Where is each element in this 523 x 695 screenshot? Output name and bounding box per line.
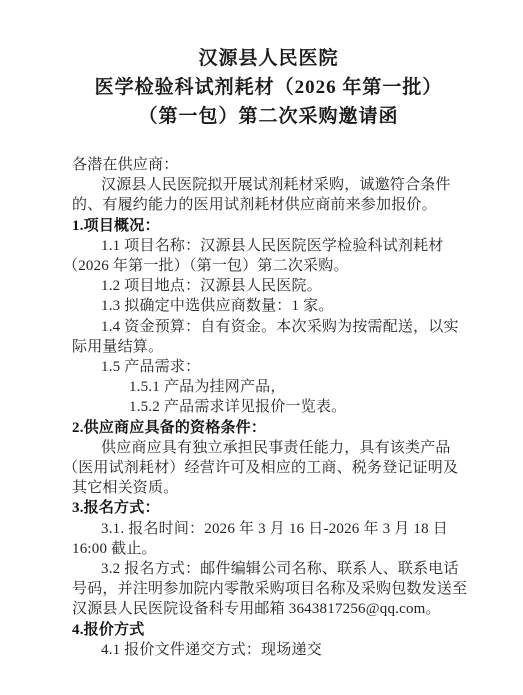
section-3-line: 汉源县人民医院设备科专用邮箱 3643817256@qq.com。 xyxy=(72,599,471,619)
section-2-line: 其它相关资质。 xyxy=(72,478,471,498)
intro-line: 汉源县人民医院拟开展试剂耗材采购，诚邀符合条件 xyxy=(72,175,471,195)
section-1-heading: 1.项目概况： xyxy=(72,216,471,236)
title-line-project: 医学检验科试剂耗材（2026 年第一批） xyxy=(72,73,465,102)
section-1-line: 1.5 产品需求： xyxy=(72,357,471,377)
title-line-invitation: （第一包）第二次采购邀请函 xyxy=(72,102,465,131)
section-1-line: 1.5.2 产品需求详见报价一览表。 xyxy=(72,397,471,417)
section-2-line: 供应商应具有独立承担民事责任能力，具有该类产品 xyxy=(72,438,471,458)
section-1-line: 际用量结算。 xyxy=(72,337,471,357)
section-3-heading: 3.报名方式： xyxy=(72,498,471,518)
section-2-heading: 2.供应商应具备的资格条件： xyxy=(72,418,471,438)
section-1-line: 1.1 项目名称：汉源县人民医院医学检验科试剂耗材 xyxy=(72,236,471,256)
section-3-line: 号码，并注明参加院内零散采购项目名称及采购包数发送至 xyxy=(72,579,471,599)
section-4-line: 4.1 报价文件递交方式：现场递交 xyxy=(72,640,471,660)
section-2-line: （医用试剂耗材）经营许可及相应的工商、税务登记证明及 xyxy=(63,458,471,478)
document-body: 各潜在供应商： 汉源县人民医院拟开展试剂耗材采购，诚邀符合条件 的、有履约能力的… xyxy=(72,155,471,660)
section-4-heading: 4.报价方式 xyxy=(72,620,471,640)
section-1-line: 1.3 拟确定中选供应商数量：1 家。 xyxy=(72,296,471,316)
section-3-line: 3.2 报名方式：邮件编辑公司名称、联系人、联系电话 xyxy=(72,559,471,579)
intro-line: 的、有履约能力的医用试剂耗材供应商前来参加报价。 xyxy=(72,195,471,215)
section-3-line: 3.1. 报名时间：2026 年 3 月 16 日-2026 年 3 月 18 … xyxy=(72,519,471,539)
salutation: 各潜在供应商： xyxy=(72,155,471,175)
document-page: 汉源县人民医院 医学检验科试剂耗材（2026 年第一批） （第一包）第二次采购邀… xyxy=(0,0,523,695)
section-1-line: （2026 年第一批）（第一包）第二次采购。 xyxy=(63,256,471,276)
section-1-line: 1.5.1 产品为挂网产品， xyxy=(72,377,471,397)
title-line-hospital: 汉源县人民医院 xyxy=(72,44,465,73)
section-1-line: 1.4 资金预算：自有资金。本次采购为按需配送，以实 xyxy=(72,317,471,337)
section-1-line: 1.2 项目地点：汉源县人民医院。 xyxy=(72,276,471,296)
section-3-line: 16:00 截止。 xyxy=(72,539,471,559)
document-title: 汉源县人民医院 医学检验科试剂耗材（2026 年第一批） （第一包）第二次采购邀… xyxy=(72,44,465,131)
